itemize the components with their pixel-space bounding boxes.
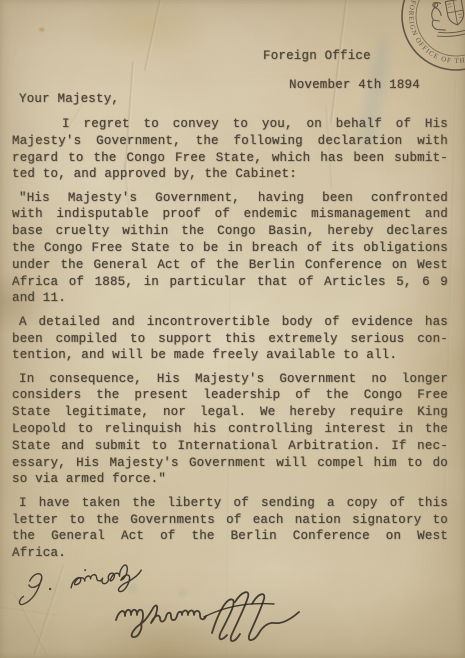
crease-mark (144, 0, 163, 71)
letter-line: under the General Act of the Berlin Conf… (12, 257, 448, 274)
letter-line: considers the present leadership of the … (12, 387, 448, 404)
letter-line: A detailed and incontrovertible body of … (12, 314, 448, 331)
seal-inscription: FOREIGN OFFICE OF THE SECRETARY (403, 0, 465, 73)
letter-line: Leopold to relinquish his controlling in… (12, 421, 448, 438)
royal-coat-of-arms-icon (425, 0, 465, 40)
letter-line: with indisputable proof of endemic misma… (12, 206, 448, 223)
paragraph: I have taken the liberty of sending a co… (12, 495, 448, 562)
letter-line: "His Majesty's Government, having been c… (12, 190, 448, 207)
letter-line: so via armed force." (12, 471, 448, 488)
signature-script (116, 592, 299, 641)
letter-body: I regret to convey to you, on behalf of … (12, 116, 448, 568)
paragraph: A detailed and incontrovertible body of … (12, 314, 448, 364)
sender-office: Foreign Office (263, 49, 371, 63)
letter-line: and 11. (12, 290, 448, 307)
closing-script: y. sincerely (18, 564, 143, 604)
letter-line: Majesty's Government, the following decl… (12, 133, 448, 150)
handwritten-signature-block: y. sincerely (16, 560, 326, 658)
letter-line: I regret to convey to you, on behalf of … (12, 116, 448, 133)
letter-line: essary, His Majesty's Government will co… (12, 455, 448, 472)
letter-line: State legitimate, nor legal. We hereby r… (12, 404, 448, 421)
letter-line: the General Act of the Berlin Conference… (12, 528, 448, 545)
letter-line: Africa of 1885, in particular that of Ar… (12, 274, 448, 291)
letter-line: tention, and will be made freely availab… (12, 347, 448, 364)
letter-page: FOREIGN OFFICE OF THE SECRETARY Foreign … (0, 0, 465, 658)
letter-line: In consequence, His Majesty's Government… (12, 371, 448, 388)
letter-line: letter to the Governments of each nation… (12, 512, 448, 529)
letter-line: I have taken the liberty of sending a co… (12, 495, 448, 512)
letter-line: ted to, and approved by, the Cabinet: (12, 166, 448, 183)
letter-line: regard to the Congo Free State, which ha… (12, 150, 448, 167)
letter-line: base cruelty within the Congo Basin, her… (12, 223, 448, 240)
paragraph: "His Majesty's Government, having been c… (12, 190, 448, 308)
letter-line: State and submit to International Arbitr… (12, 438, 448, 455)
salutation: Your Majesty, (19, 92, 119, 106)
letter-line: the Congo Free State to be in breach of … (12, 240, 448, 257)
paragraph: In consequence, His Majesty's Government… (12, 371, 448, 489)
paragraph: I regret to convey to you, on behalf of … (12, 116, 448, 183)
letter-line: been compiled to support this extremely … (12, 331, 448, 348)
